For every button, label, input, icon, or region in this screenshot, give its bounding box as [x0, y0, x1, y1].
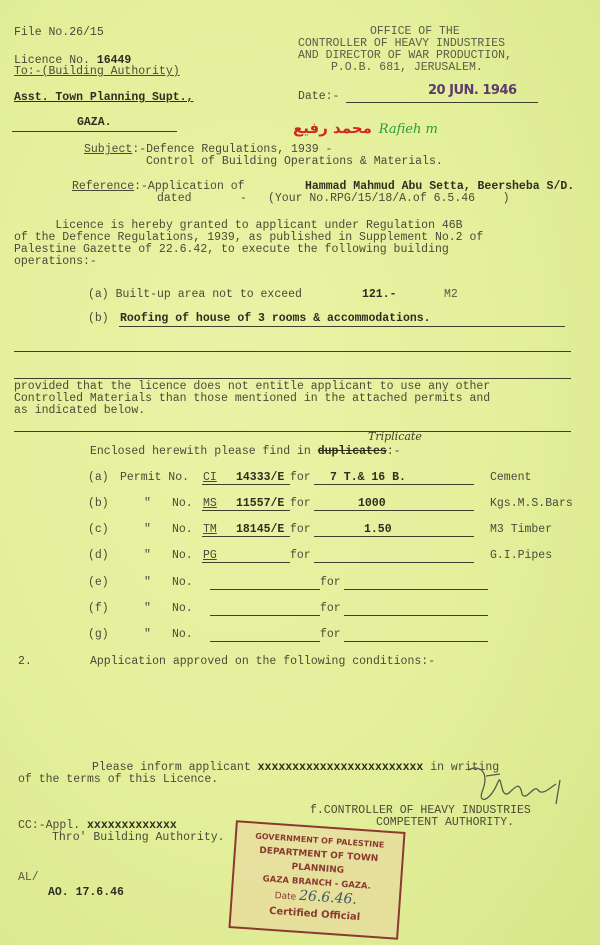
permit-d-material: G.I.Pipes — [490, 550, 552, 562]
conditions-text: Application approved on the following co… — [90, 656, 435, 668]
permit-b-code: MS — [203, 498, 217, 510]
watermark-latin: Rafieh m — [379, 122, 438, 137]
date-underline — [346, 102, 538, 103]
permit-f-for: for — [320, 603, 341, 615]
permit-c-code: TM — [203, 524, 217, 536]
address-underline — [12, 131, 177, 132]
reference-initials: AL/ — [18, 872, 39, 884]
permit-g-qty-underline — [344, 641, 488, 642]
cc-line-2: Thro' Building Authority. — [52, 832, 225, 844]
permit-c-qty-underline — [314, 536, 474, 537]
permit-c-letter: (c) — [88, 524, 109, 536]
permit-a-letter: (a) — [88, 472, 109, 484]
permit-e-ditto: " — [144, 577, 151, 589]
permit-a-material: Cement — [490, 472, 531, 484]
permit-f-ditto: " — [144, 603, 151, 615]
permit-e-no: No. — [172, 577, 193, 589]
reference-code: AO. 17.6.46 — [48, 887, 124, 899]
inform-redacted: xxxxxxxxxxxxxxxxxxxxxxxx — [258, 761, 424, 774]
permit-c-number: 18145/E — [236, 524, 284, 536]
inform-line-2: of the terms of this Licence. — [18, 774, 218, 786]
date-label: Date:- — [298, 91, 339, 103]
conditions-number: 2. — [18, 656, 32, 668]
permit-d-qty-underline — [314, 562, 474, 563]
stamp-date: 26.6.46. — [299, 888, 358, 908]
permit-d-ditto: " — [144, 550, 151, 562]
permit-b-no-underline — [202, 510, 290, 511]
permit-f-no: No. — [172, 603, 193, 615]
blank-line-3 — [14, 431, 571, 432]
permit-a-quantity: 7 T.& 16 B. — [330, 472, 406, 484]
blank-line-2 — [14, 378, 571, 379]
permit-g-no: No. — [172, 629, 193, 641]
blank-line-1 — [14, 351, 571, 352]
permit-f-no-underline — [210, 615, 320, 616]
addressee: Asst. Town Planning Supt., — [14, 92, 193, 104]
reference-dated: dated - — [157, 193, 247, 205]
enclosed-line: Enclosed herewith please find in duplica… — [90, 446, 401, 458]
permit-g-ditto: " — [144, 629, 151, 641]
item-b-underline — [119, 326, 565, 327]
official-stamp: GOVERNMENT OF PALESTINE DEPARTMENT OF TO… — [228, 820, 405, 940]
signatory-line-2: COMPETENT AUTHORITY. — [376, 817, 514, 829]
subject-line-2: Control of Building Operations & Materia… — [146, 156, 443, 168]
permit-g-for: for — [320, 629, 341, 641]
permit-d-no-underline — [202, 562, 290, 563]
permit-b-ditto: " — [144, 498, 151, 510]
reference-label: Reference — [72, 180, 134, 193]
permit-b-material: Kgs.M.S.Bars — [490, 498, 573, 510]
office-line-4: P.O.B. 681, JERUSALEM. — [331, 62, 483, 74]
licence-para-line-4: operations:- — [14, 256, 97, 268]
permit-d-no: No. — [172, 550, 193, 562]
permit-g-no-underline — [210, 641, 320, 642]
item-a-label: (a) Built-up area not to exceed — [88, 289, 302, 301]
permit-b-no: No. — [172, 498, 193, 510]
proviso-line-3: as indicated below. — [14, 405, 145, 417]
watermark-arabic: محمد رفيع — [293, 119, 372, 137]
permit-a-number: 14333/E — [236, 472, 284, 484]
addressee-place: GAZA. — [77, 117, 112, 129]
permit-b-qty-underline — [314, 510, 474, 511]
permit-e-qty-underline — [344, 589, 488, 590]
permit-a-qty-underline — [314, 484, 474, 485]
permit-c-no-underline — [202, 536, 290, 537]
permit-g-letter: (g) — [88, 629, 109, 641]
permit-c-for: for — [290, 524, 311, 536]
permit-c-ditto: " — [144, 524, 151, 536]
permit-a-for: for — [290, 472, 311, 484]
permit-d-code: PG — [203, 550, 217, 562]
permit-b-for: for — [290, 498, 311, 510]
to-line: To:-(Building Authority) — [14, 66, 180, 78]
item-a-value: 121.- — [362, 289, 397, 301]
permit-f-qty-underline — [344, 615, 488, 616]
permit-d-letter: (d) — [88, 550, 109, 562]
permit-b-quantity: 1000 — [358, 498, 386, 510]
item-a-unit: M2 — [444, 289, 458, 301]
permit-e-letter: (e) — [88, 577, 109, 589]
item-b-label: (b) — [88, 313, 109, 325]
permit-e-for: for — [320, 577, 341, 589]
permit-a-prefix: Permit No. — [120, 472, 189, 484]
item-b-value: Roofing of house of 3 rooms & accommodat… — [120, 313, 431, 325]
permit-e-no-underline — [210, 589, 320, 590]
watermark: محمد رفيع Rafieh m — [293, 122, 438, 137]
file-number: File No.26/15 — [14, 27, 104, 39]
permit-a-code: CI — [203, 472, 217, 484]
permit-b-letter: (b) — [88, 498, 109, 510]
permit-c-material: M3 Timber — [490, 524, 552, 536]
permit-c-quantity: 1.50 — [364, 524, 392, 536]
permit-d-for: for — [290, 550, 311, 562]
permit-f-letter: (f) — [88, 603, 109, 615]
enclosed-struck: duplicates — [318, 445, 387, 458]
handwritten-correction: Triplicate — [368, 431, 422, 443]
permit-b-number: 11557/E — [236, 498, 284, 510]
permit-c-no: No. — [172, 524, 193, 536]
permit-a-no-underline — [202, 484, 290, 485]
subject-label: Subject — [84, 143, 132, 156]
date-stamp: 20 JUN. 1946 — [428, 85, 517, 97]
reference-your-no: (Your No.RPG/15/18/A.of 6.5.46 ) — [268, 193, 510, 205]
